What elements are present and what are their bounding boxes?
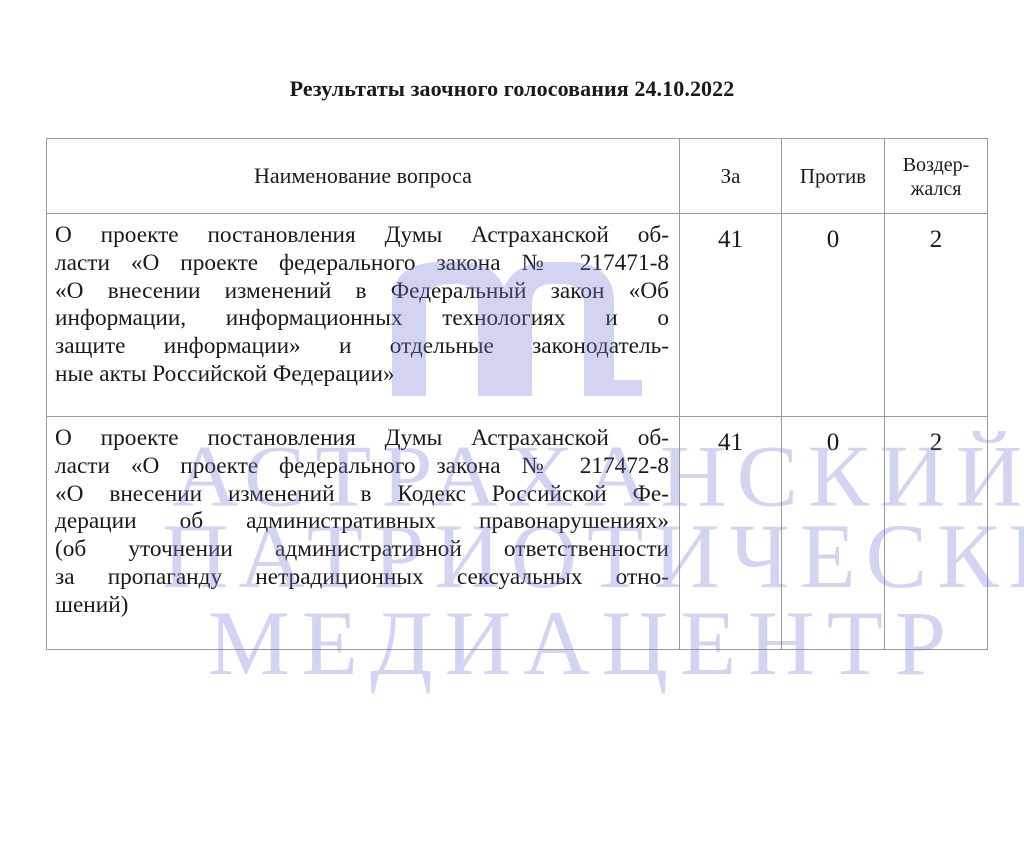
table-header-row: Наименование вопроса За Против Воздер- ж… [47, 139, 988, 214]
question-line: ные акты Российской Федерации» [55, 361, 669, 389]
question-line: «О внесении изменений в Федеральный зако… [55, 278, 669, 306]
question-line: шений) [55, 592, 669, 620]
votes-against: 0 [782, 214, 885, 417]
document-title: Результаты заочного голосования 24.10.20… [0, 76, 1024, 102]
votes-for: 41 [680, 214, 782, 417]
header-for: За [680, 139, 782, 214]
table-row: О проекте постановления Думы Астраханско… [47, 417, 988, 650]
header-abstained-line1: Воздер- [903, 154, 970, 176]
question-line: ласти «О проекте федерального закона № 2… [55, 250, 669, 278]
question-line: дерации об административных правонарушен… [55, 508, 669, 536]
question-cell: О проекте постановления Думы Астраханско… [47, 417, 680, 650]
question-cell: О проекте постановления Думы Астраханско… [47, 214, 680, 417]
header-abstained-line2: жался [911, 178, 962, 200]
header-against: Против [782, 139, 885, 214]
question-line: О проекте постановления Думы Астраханско… [55, 222, 669, 250]
question-line: защите информации» и отдельные законодат… [55, 333, 669, 361]
votes-abstained: 2 [885, 417, 988, 650]
votes-abstained: 2 [885, 214, 988, 417]
voting-results-table: Наименование вопроса За Против Воздер- ж… [46, 138, 988, 650]
question-line: (об уточнении административной ответстве… [55, 536, 669, 564]
question-line: информации, информационных технологиях и… [55, 305, 669, 333]
question-line: ласти «О проекте федерального закона № 2… [55, 453, 669, 481]
question-line: О проекте постановления Думы Астраханско… [55, 425, 669, 453]
table-row: О проекте постановления Думы Астраханско… [47, 214, 988, 417]
question-line: «О внесении изменений в Кодекс Российско… [55, 481, 669, 509]
votes-for: 41 [680, 417, 782, 650]
votes-against: 0 [782, 417, 885, 650]
question-line: за пропаганду нетрадиционных сексуальных… [55, 564, 669, 592]
header-abstained: Воздер- жался [885, 139, 988, 214]
header-question: Наименование вопроса [47, 139, 680, 214]
